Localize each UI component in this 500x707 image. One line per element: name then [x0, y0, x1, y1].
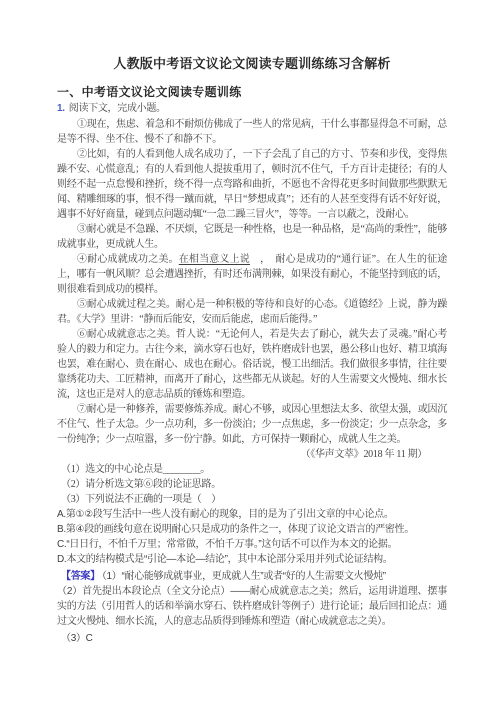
answer-3-text: （3）C	[57, 631, 447, 646]
answer-line-1: 【答案】（1）“耐心能够成就事业，更成就人生”或者“好的人生需要文火慢炖”	[57, 569, 447, 584]
answer-label: 【答案】	[61, 571, 100, 582]
question-3: （3）下列说法不正确的一项是（ ）	[57, 492, 447, 507]
passage-paragraph-5: ⑤耐心成就过程之美。耐心是一种积极的等待和良好的心态。《道德经》上说，静为躁君。…	[57, 297, 447, 327]
answer-section: 【答案】（1）“耐心能够成就事业，更成就人生”或者“好的人生需要文火慢炖” （2…	[57, 569, 447, 646]
option-c: C.“日日行，不怕千万里；常常做，不怕千万事。”这句话不可以作为本文的论据。	[57, 537, 447, 552]
exercise-item-line: 1.阅读下文，完成小题。	[57, 102, 447, 115]
answer-1-text: （1）“耐心能够成就事业，更成就人生”或者“好的人生需要文火慢炖”	[102, 571, 386, 582]
document-page: 人教版中考语文议论文阅读专题训练练习含解析 一、中考语文议论文阅读专题训练 1.…	[0, 0, 500, 707]
item-intro: 阅读下文，完成小题。	[69, 103, 166, 114]
passage-paragraph-4: ④耐心成就成功之美。在相当意义上说 ， 耐心是成功的“通行证”。在人生的征途上，…	[57, 252, 447, 297]
passage-paragraph-1: ①现在，焦虑、着急和不耐烦仿佛成了一些人的常见病，干什么事都显得急不可耐，总是等…	[57, 117, 447, 147]
question-1: （1）选文的中心论点是________。	[57, 462, 447, 477]
section-heading: 一、中考语文议论文阅读专题训练	[57, 85, 447, 99]
underlined-phrase: 在相当意义上说	[179, 254, 250, 265]
option-d: D.本文的结构模式是“引论—本论—结论”，其中本论部分采用并列式论证结构。	[57, 552, 447, 567]
passage-paragraph-6: ⑥耐心成就意志之美。哲人说：“无论何人，若是失去了耐心，就失去了灵魂。”耐心考验…	[57, 327, 447, 402]
document-title: 人教版中考语文议论文阅读专题训练练习含解析	[57, 57, 447, 71]
question-2: （2）请分析选文第⑥段的论证思路。	[57, 477, 447, 492]
option-b: B.第④段的画线句意在说明耐心只是成功的条件之一，体现了议论文语言的严密性。	[57, 522, 447, 537]
passage-text-before-underline: ④耐心成就成功之美。	[77, 254, 179, 265]
option-a: A.第①②段写生活中一些人没有耐心的现象，目的是为了引出文章的中心论点。	[57, 507, 447, 522]
passage-paragraph-2: ②比如，有的人看到他人成名成功了，一下子会乱了自己的方寸、节奏和步伐，变得焦躁不…	[57, 147, 447, 222]
passage-paragraph-7: ⑦耐心是一种修养，需要修炼养成。耐心不够，或因心里想法太多、欲望太强，或因沉不住…	[57, 402, 447, 447]
answer-2-text: （2）首先提出本段论点（全文分论点）——耐心成就意志之美；然后，运用讲道理、摆事…	[57, 584, 447, 629]
item-number: 1.	[57, 103, 65, 114]
reading-passage: ①现在，焦虑、着急和不耐烦仿佛成了一些人的常见病，干什么事都显得急不可耐，总是等…	[57, 117, 447, 462]
passage-paragraph-3: ③耐心就是不急躁、不厌烦，它既是一种性格，也是一种品格，是“高尚的秉性”，能够成…	[57, 222, 447, 252]
source-citation: （《华声文萃》2018 年 11 期）	[57, 447, 447, 462]
questions-section: （1）选文的中心论点是________。 （2）请分析选文第⑥段的论证思路。 （…	[57, 462, 447, 567]
